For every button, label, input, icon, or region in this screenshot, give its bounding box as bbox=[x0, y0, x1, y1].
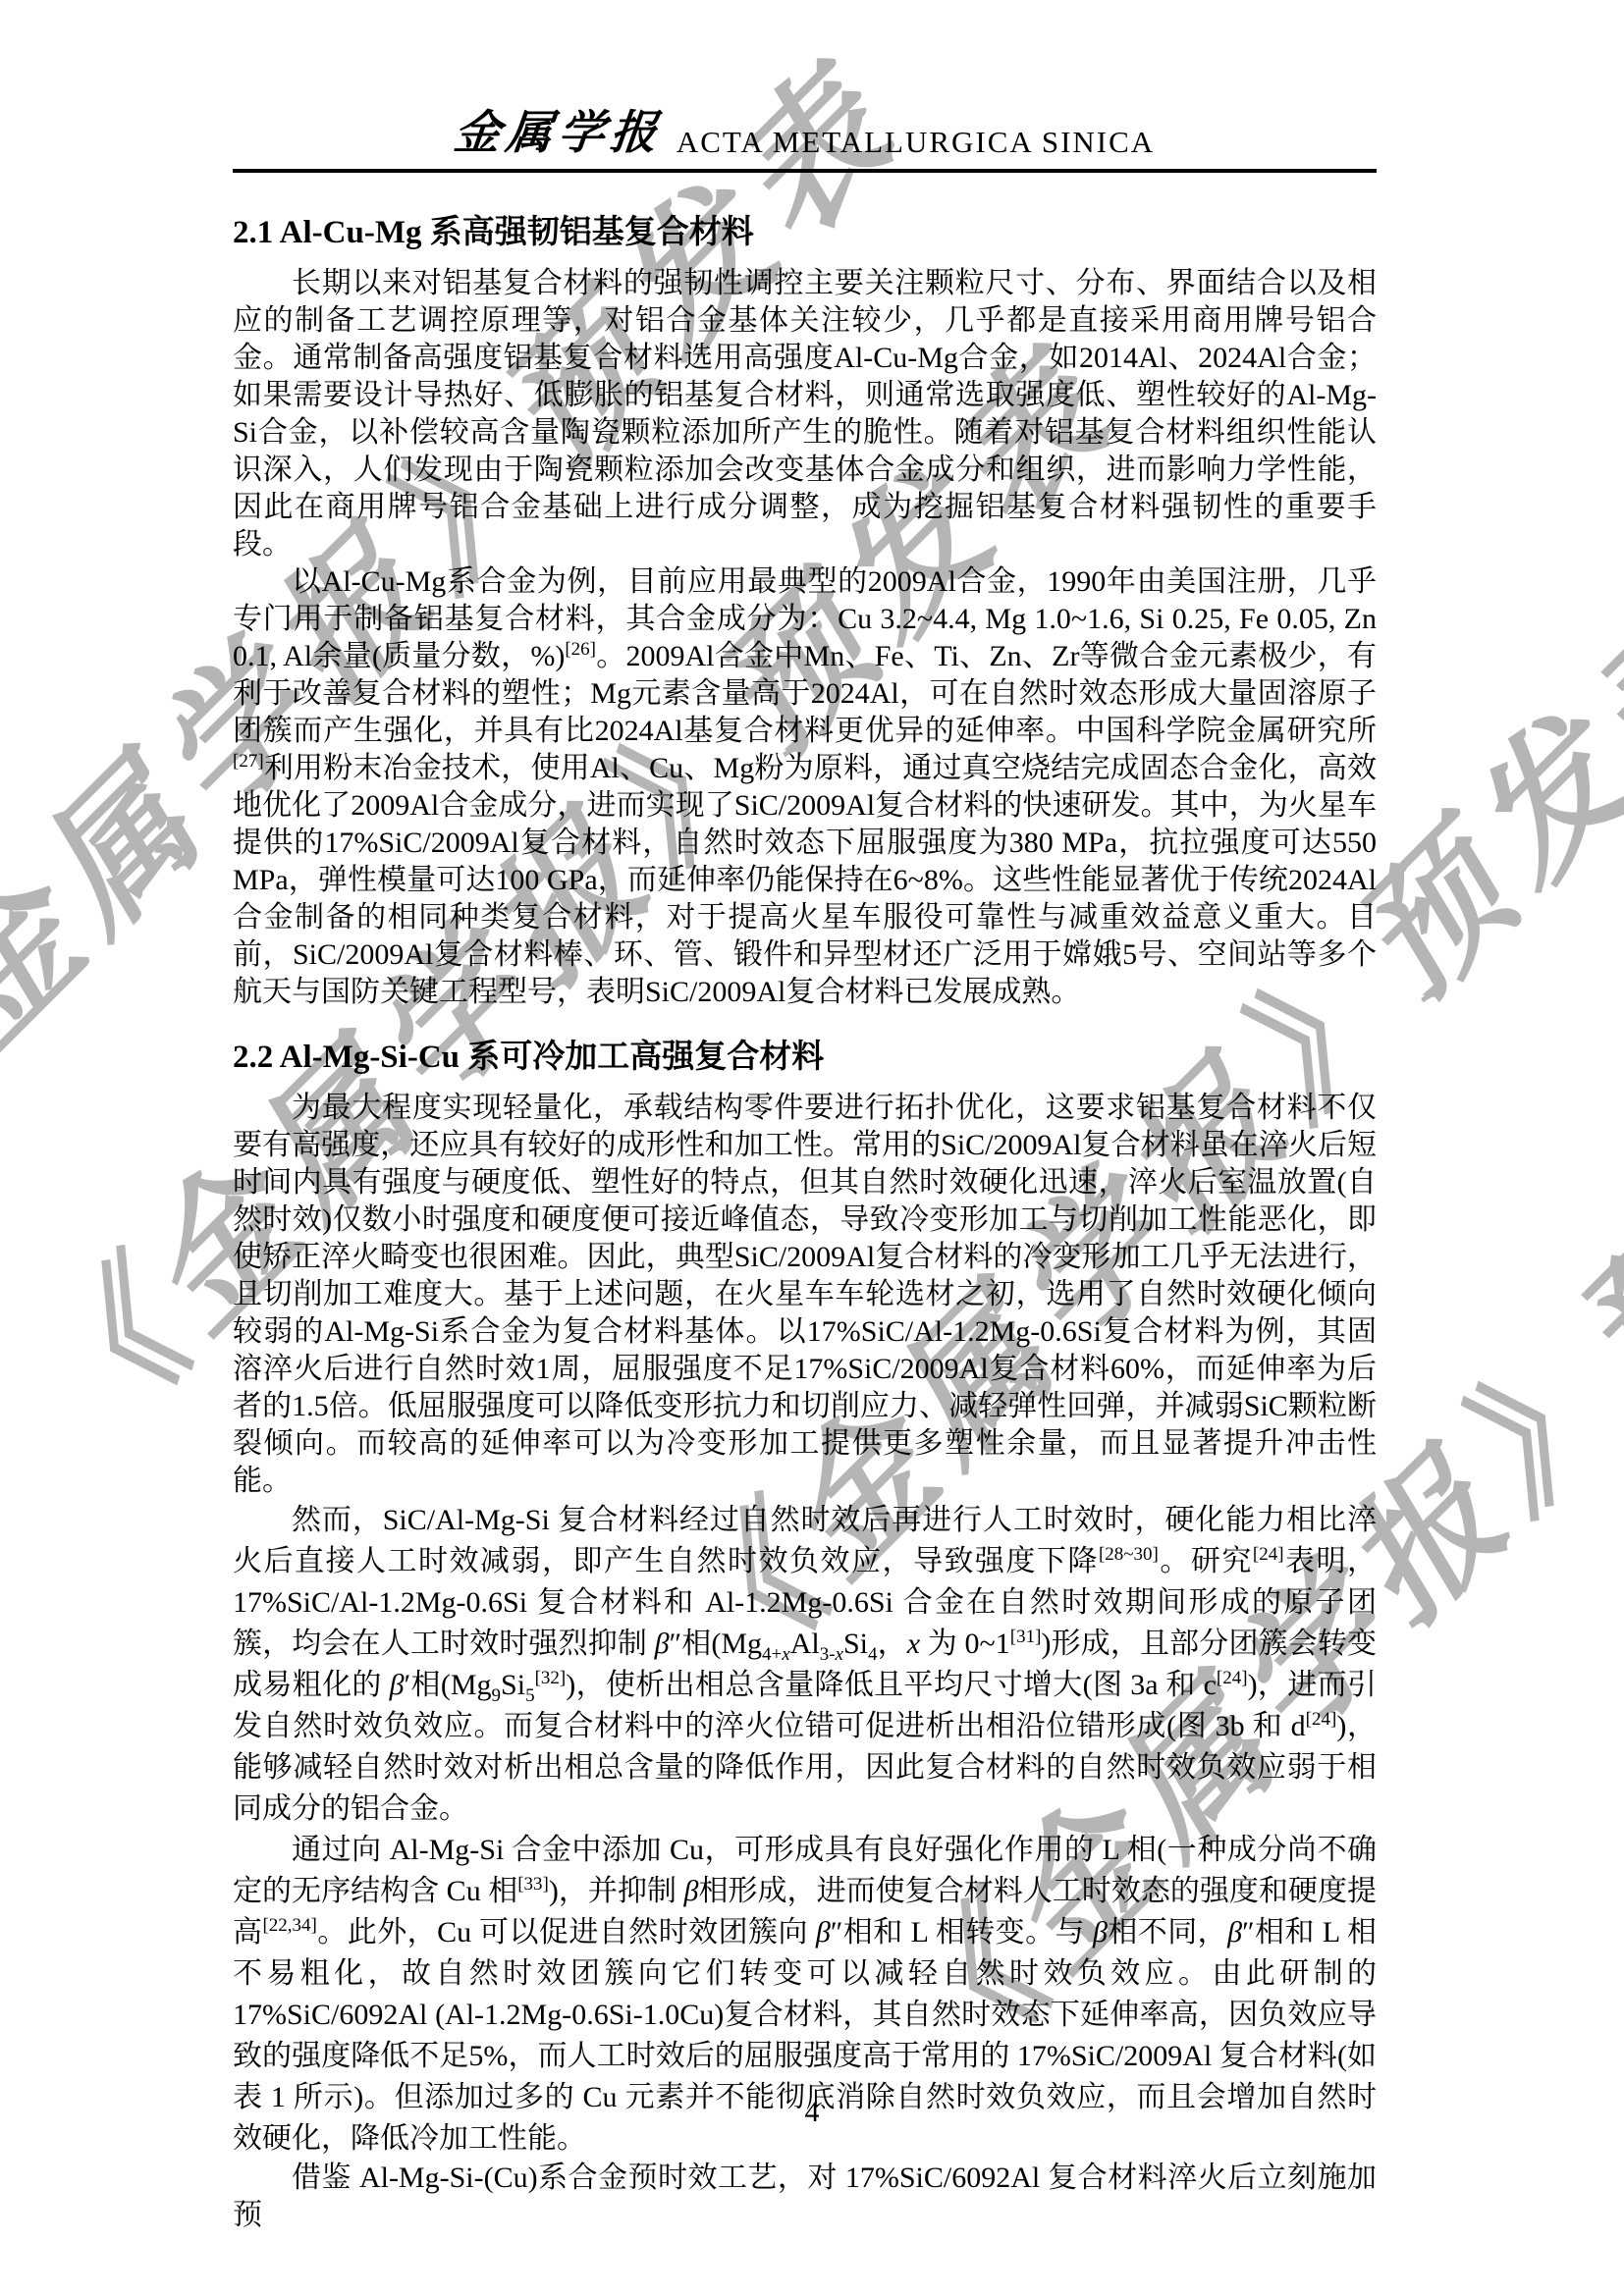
journal-title: ACTA METALLURGICA SINICA bbox=[677, 125, 1155, 162]
paper-page: 《金属学报》预发表 《金属学报》预发表 《金属学报》预发表 《金属学报》预发表 … bbox=[0, 0, 1624, 2296]
section-heading-2-1: 2.1 Al-Cu-Mg 系高强韧铝基复合材料 bbox=[233, 212, 1377, 253]
paragraph: 借鉴 Al-Mg-Si-(Cu)系合金预时效工艺，对 17%SiC/6092Al… bbox=[233, 2160, 1377, 2234]
paragraph: 为最大程度实现轻量化，承载结构零件要进行拓扑优化，这要求铝基复合材料不仅要有高强… bbox=[233, 1090, 1377, 1500]
journal-logo: 金属学报 bbox=[451, 96, 666, 162]
paragraph: 长期以来对铝基复合材料的强韧性调控主要关注颗粒尺寸、分布、界面结合以及相应的制备… bbox=[233, 265, 1377, 563]
header-rule bbox=[233, 169, 1377, 173]
journal-header: 金属学报 ACTA METALLURGICA SINICA bbox=[233, 0, 1377, 162]
page-number: 4 bbox=[0, 2096, 1624, 2129]
paragraph: 然而，SiC/Al-Mg-Si 复合材料经过自然时效后再进行人工时效时，硬化能力… bbox=[233, 1500, 1377, 1830]
section-heading-2-2: 2.2 Al-Mg-Si-Cu 系可冷加工高强复合材料 bbox=[233, 1037, 1377, 1078]
page-content: 金属学报 ACTA METALLURGICA SINICA 2.1 Al-Cu-… bbox=[233, 0, 1377, 2234]
paragraph: 以Al-Cu-Mg系合金为例，目前应用最典型的2009Al合金，1990年由美国… bbox=[233, 563, 1377, 1011]
